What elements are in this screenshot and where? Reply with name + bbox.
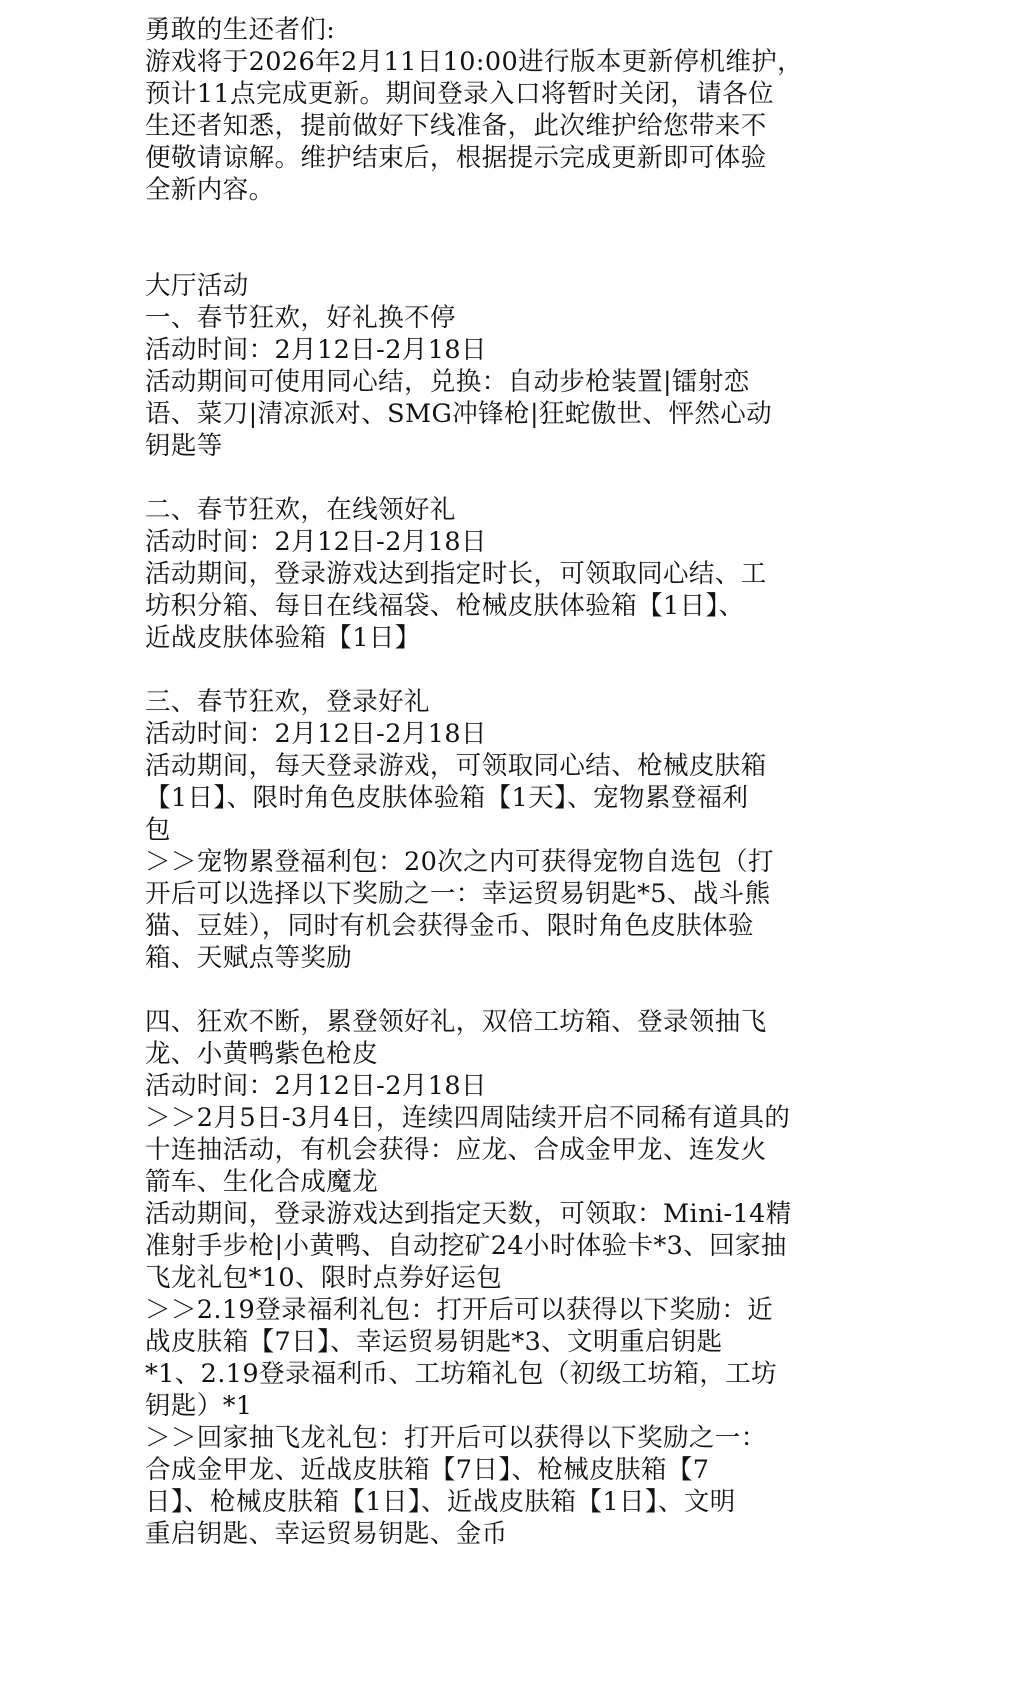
activity-desc-line: 坊积分箱、每日在线福袋、枪械皮肤体验箱【1日】、: [145, 590, 805, 622]
spacer: [145, 462, 805, 494]
announcement-document: 勇敢的生还者们: 游戏将于2026年2月11日10:00进行版本更新停机维护， …: [145, 14, 805, 1550]
activity-desc-line: 近战皮肤体验箱【1日】: [145, 622, 805, 654]
activity-4: 四、狂欢不断，累登领好礼，双倍工坊箱、登录领抽飞 龙、小黄鸭紫色枪皮 活动时间：…: [145, 1006, 805, 1550]
activity-desc-line: 准射手步枪|小黄鸭、自动挖矿24小时体验卡*3、回家抽: [145, 1230, 805, 1262]
activity-desc-line: 开后可以选择以下奖励之一：幸运贸易钥匙*5、战斗熊: [145, 878, 805, 910]
maintenance-notice: 游戏将于2026年2月11日10:00进行版本更新停机维护， 预计11点完成更新…: [145, 46, 805, 206]
activity-desc-line: 钥匙等: [145, 430, 805, 462]
activity-1: 一、春节狂欢，好礼换不停 活动时间：2月12日-2月18日 活动期间可使用同心结…: [145, 302, 805, 462]
activity-desc-line: 十连抽活动，有机会获得：应龙、合成金甲龙、连发火: [145, 1134, 805, 1166]
activity-2: 二、春节狂欢，在线领好礼 活动时间：2月12日-2月18日 活动期间，登录游戏达…: [145, 494, 805, 654]
activity-time: 活动时间：2月12日-2月18日: [145, 1070, 805, 1102]
maintenance-line: 全新内容。: [145, 174, 805, 206]
activity-title: 三、春节狂欢，登录好礼: [145, 686, 805, 718]
activity-desc-line: 活动期间，每天登录游戏，可领取同心结、枪械皮肤箱: [145, 750, 805, 782]
activity-time: 活动时间：2月12日-2月18日: [145, 334, 805, 366]
activity-desc-line: ＞＞回家抽飞龙礼包：打开后可以获得以下奖励之一：: [145, 1422, 805, 1454]
spacer: [145, 206, 805, 270]
activity-desc-line: 箱、天赋点等奖励: [145, 942, 805, 974]
activity-desc-line: 包: [145, 814, 805, 846]
activity-desc-line: 【1日】、限时角色皮肤体验箱【1天】、宠物累登福利: [145, 782, 805, 814]
spacer: [145, 654, 805, 686]
activity-desc-line: 重启钥匙、幸运贸易钥匙、金币: [145, 1518, 805, 1550]
activity-desc-line: 活动期间可使用同心结，兑换：自动步枪装置|镭射恋: [145, 366, 805, 398]
activity-desc-line: ＞＞2.19登录福利礼包：打开后可以获得以下奖励：近: [145, 1294, 805, 1326]
activity-desc-line: 钥匙）*1: [145, 1390, 805, 1422]
activity-desc-line: ＞＞2月5日-3月4日，连续四周陆续开启不同稀有道具的: [145, 1102, 805, 1134]
activity-desc-line: 箭车、生化合成魔龙: [145, 1166, 805, 1198]
spacer: [145, 974, 805, 1006]
maintenance-line: 生还者知悉，提前做好下线准备，此次维护给您带来不: [145, 110, 805, 142]
section-title: 大厅活动: [145, 270, 805, 302]
activity-3: 三、春节狂欢，登录好礼 活动时间：2月12日-2月18日 活动期间，每天登录游戏…: [145, 686, 805, 974]
activity-desc-line: 活动期间，登录游戏达到指定天数，可领取：Mini-14精: [145, 1198, 805, 1230]
maintenance-line: 游戏将于2026年2月11日10:00进行版本更新停机维护，: [145, 46, 805, 78]
activity-desc-line: 战皮肤箱【7日】、幸运贸易钥匙*3、文明重启钥匙: [145, 1326, 805, 1358]
activity-desc-line: *1、2.19登录福利币、工坊箱礼包（初级工坊箱，工坊: [145, 1358, 805, 1390]
activity-desc-line: 语、菜刀|清凉派对、SMG冲锋枪|狂蛇傲世、怦然心动: [145, 398, 805, 430]
activity-desc-line: 猫、豆娃），同时有机会获得金币、限时角色皮肤体验: [145, 910, 805, 942]
activity-time: 活动时间：2月12日-2月18日: [145, 718, 805, 750]
maintenance-line: 便敬请谅解。维护结束后，根据提示完成更新即可体验: [145, 142, 805, 174]
activity-desc-line: 飞龙礼包*10、限时点券好运包: [145, 1262, 805, 1294]
activity-desc-line: 合成金甲龙、近战皮肤箱【7日】、枪械皮肤箱【7: [145, 1454, 805, 1486]
maintenance-line: 预计11点完成更新。期间登录入口将暂时关闭，请各位: [145, 78, 805, 110]
activity-title: 四、狂欢不断，累登领好礼，双倍工坊箱、登录领抽飞: [145, 1006, 805, 1038]
activity-title: 二、春节狂欢，在线领好礼: [145, 494, 805, 526]
activity-desc-line: ＞＞宠物累登福利包：20次之内可获得宠物自选包（打: [145, 846, 805, 878]
greeting: 勇敢的生还者们:: [145, 14, 805, 46]
activity-title: 龙、小黄鸭紫色枪皮: [145, 1038, 805, 1070]
activity-desc-line: 活动期间，登录游戏达到指定时长，可领取同心结、工: [145, 558, 805, 590]
activity-time: 活动时间：2月12日-2月18日: [145, 526, 805, 558]
activity-title: 一、春节狂欢，好礼换不停: [145, 302, 805, 334]
activity-desc-line: 日】、枪械皮肤箱【1日】、近战皮肤箱【1日】、文明: [145, 1486, 805, 1518]
